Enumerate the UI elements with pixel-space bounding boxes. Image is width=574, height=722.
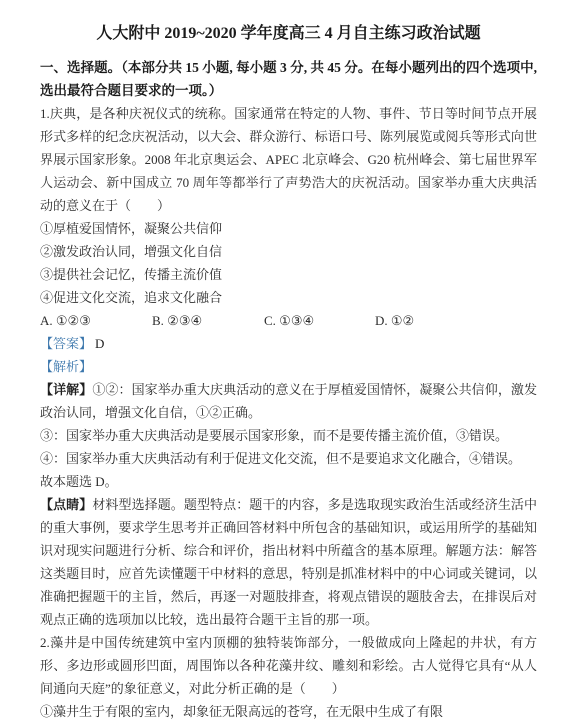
- question-1-choices-row: A. ①②③ B. ②③④ C. ①③④ D. ①②: [40, 309, 537, 332]
- answer-value: D: [95, 336, 104, 351]
- question-1-stem: 1.庆典，是各种庆祝仪式的统称。国家通常在特定的人物、事件、节日等时间节点开展形…: [40, 102, 537, 217]
- question-1-statement-2: ②激发政治认同，增强文化自信: [40, 240, 537, 263]
- detail-text: ①②：国家举办重大庆典活动的意义在于厚植爱国情怀，凝聚公共信仰，激发政治认同，增…: [40, 382, 537, 420]
- answer-label: 【答案】: [40, 336, 92, 351]
- exam-document-page: 人大附中 2019~2020 学年度高三 4 月自主练习政治试题 一、选择题。（…: [0, 0, 574, 722]
- tip-label: 【点睛】: [40, 497, 92, 512]
- question-2-statement-1: ①藻井生于有限的室内，却象征无限高远的苍穹，在无限中生成了有限: [40, 700, 537, 722]
- analysis-line: 【解析】: [40, 355, 537, 378]
- answer-line: 【答案】D: [40, 332, 537, 355]
- question-1-statement-3: ③提供社会记忆，传播主流价值: [40, 263, 537, 286]
- conclusion-line: 故本题选 D。: [40, 470, 537, 493]
- question-1-statement-1: ①厚植爱国情怀，凝聚公共信仰: [40, 217, 537, 240]
- choice-a: A. ①②③: [40, 309, 152, 332]
- tip-paragraph: 【点睛】材料型选择题。题型特点：题干的内容，多是选取现实政治生活或经济生活中的重…: [40, 493, 537, 631]
- question-1-statement-4: ④促进文化交流，追求文化融合: [40, 286, 537, 309]
- choice-d: D. ①②: [375, 309, 414, 332]
- choice-c: C. ①③④: [264, 309, 375, 332]
- document-title: 人大附中 2019~2020 学年度高三 4 月自主练习政治试题: [40, 22, 537, 46]
- section-instructions: 一、选择题。（本部分共 15 小题, 每小题 3 分, 共 45 分。在每小题列…: [40, 56, 537, 102]
- detail-paragraph: 【详解】①②：国家举办重大庆典活动的意义在于厚植爱国情怀，凝聚公共信仰，激发政治…: [40, 378, 537, 424]
- analysis-label: 【解析】: [40, 359, 92, 374]
- detail-label: 【详解】: [40, 382, 92, 397]
- choice-b: B. ②③④: [152, 309, 264, 332]
- detail-point-3: ③：国家举办重大庆典活动是要展示国家形象，而不是要传播主流价值，③错误。: [40, 424, 537, 447]
- tip-text: 材料型选择题。题型特点：题干的内容，多是选取现实政治生活或经济生活中的重大事例，…: [40, 497, 537, 627]
- question-2-stem: 2.藻井是中国传统建筑中室内顶棚的独特装饰部分，一般做成向上隆起的井状，有方形、…: [40, 631, 537, 700]
- detail-point-4: ④：国家举办重大庆典活动有利于促进文化交流，但不是要追求文化融合，④错误。: [40, 447, 537, 470]
